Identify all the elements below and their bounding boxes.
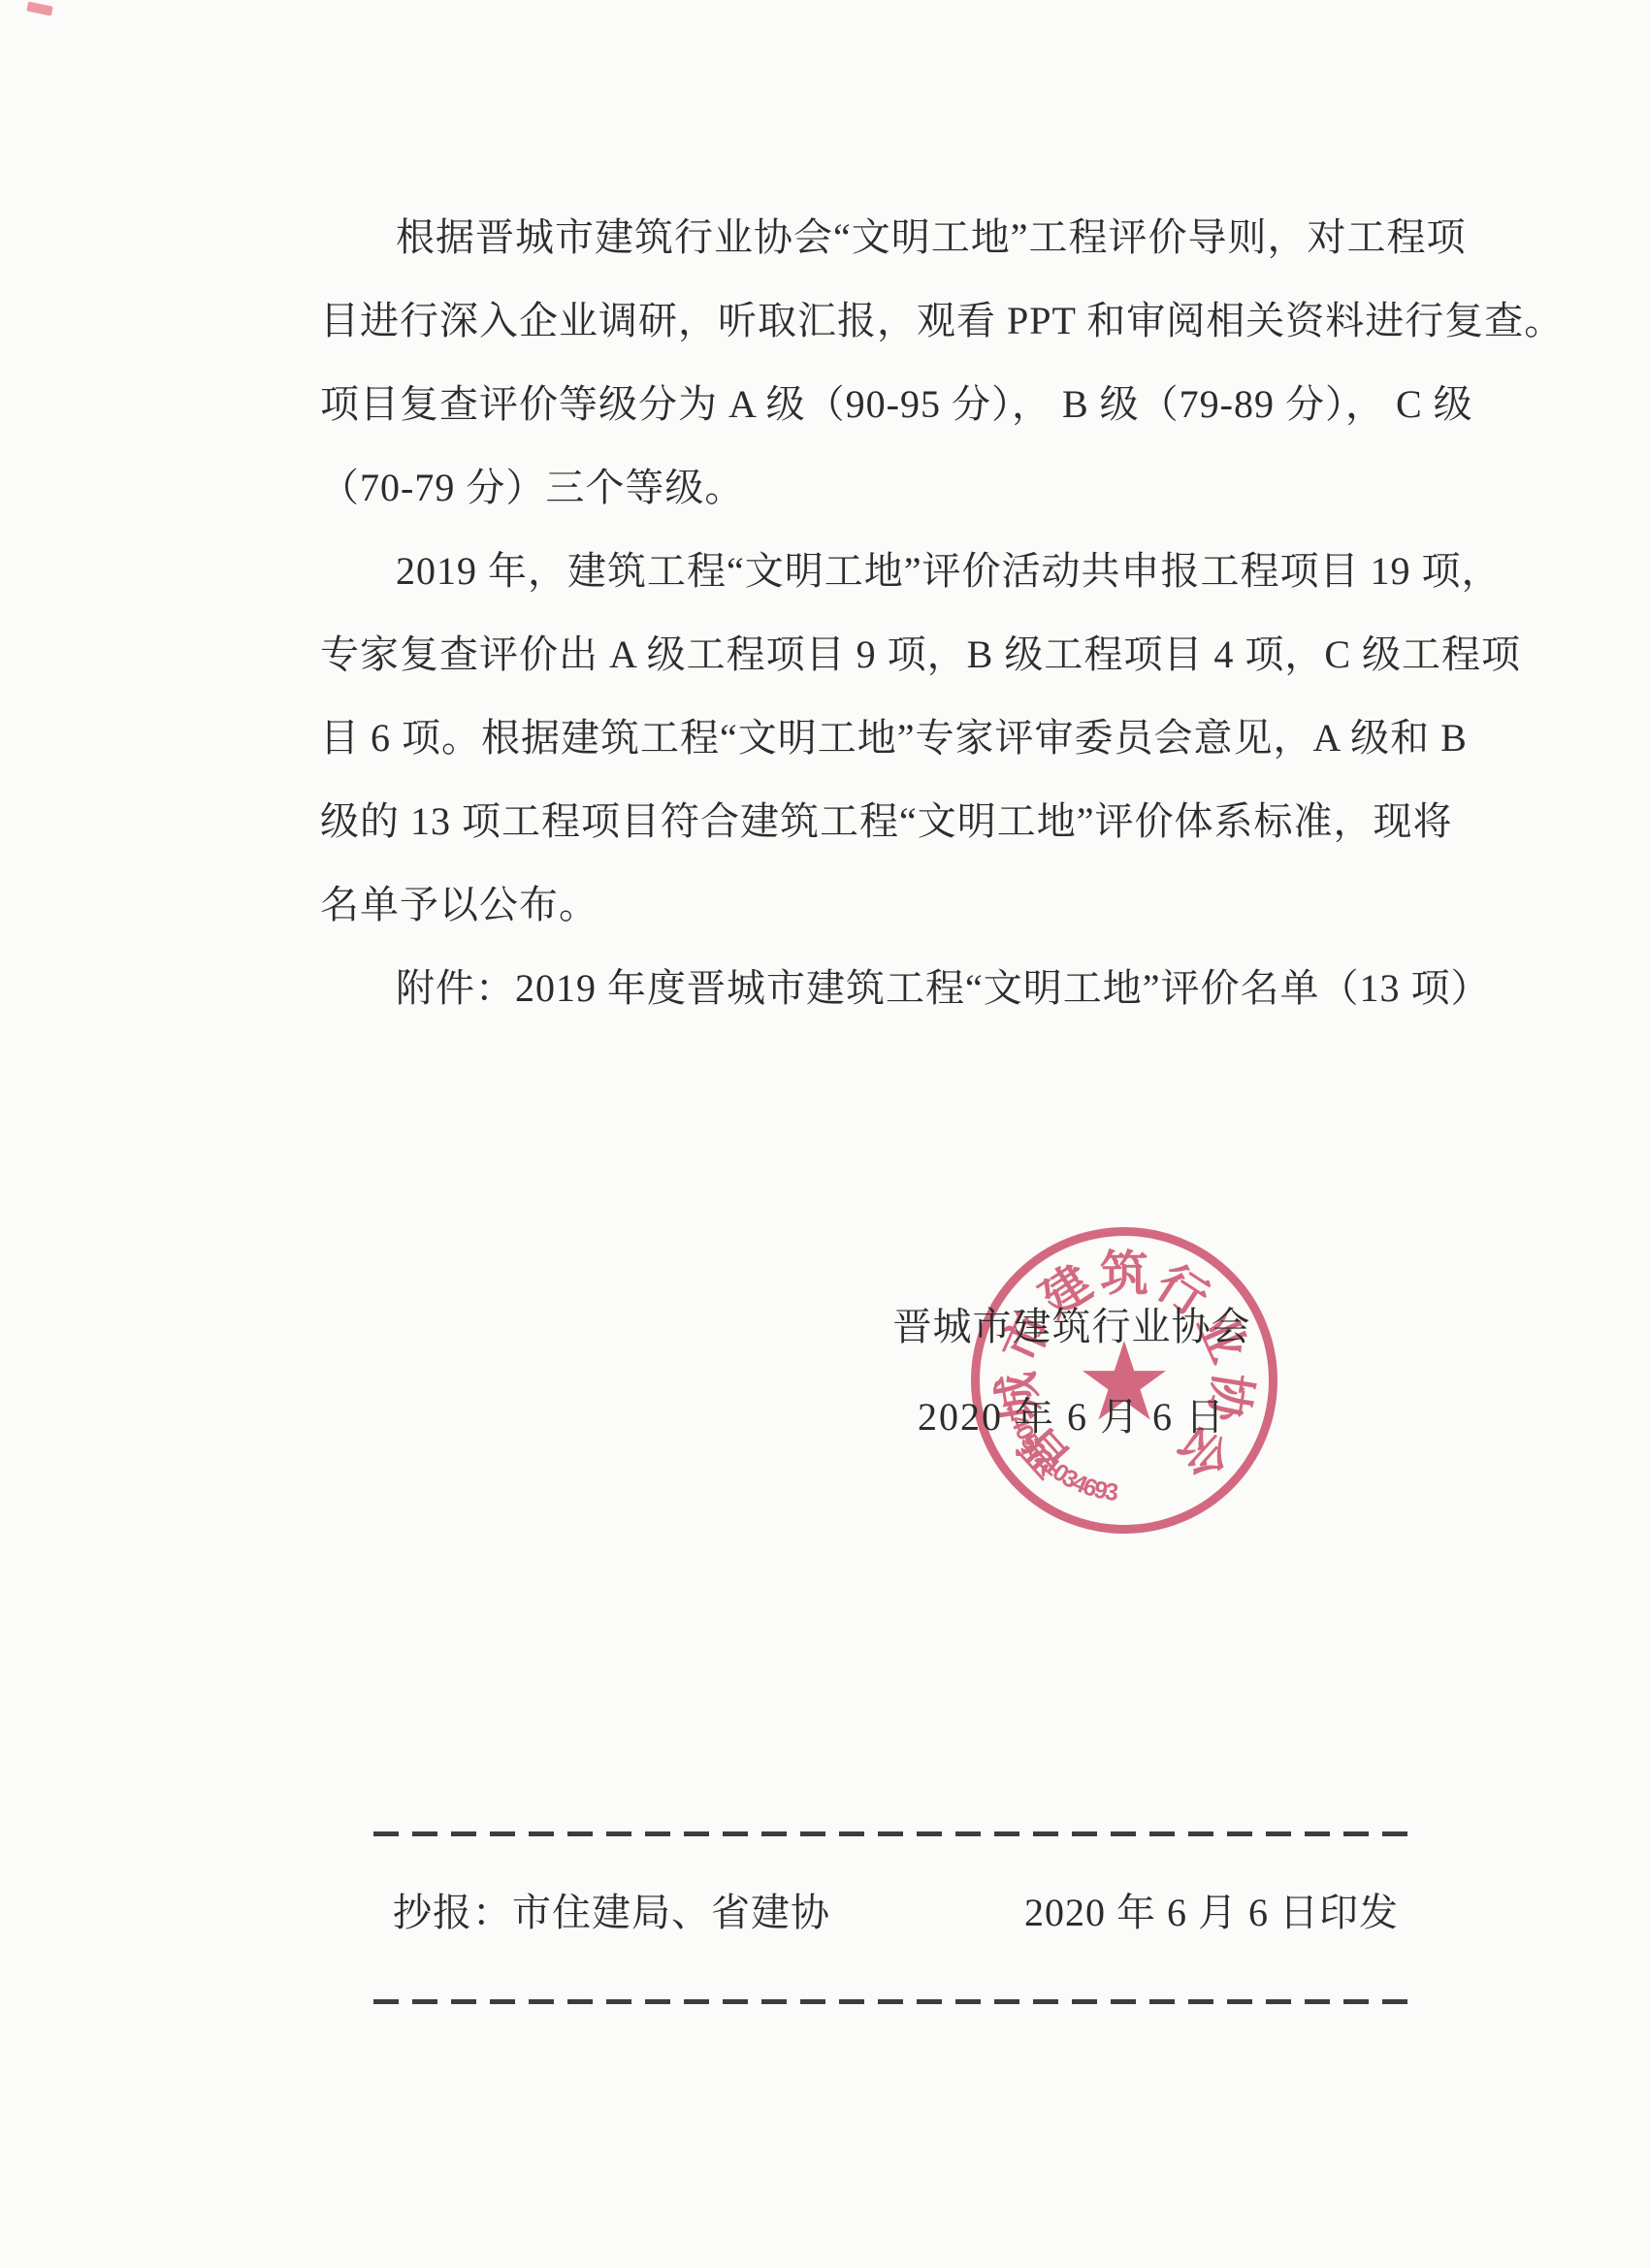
body-text-line: 名单予以公布。 (320, 863, 1405, 947)
signature-date: 2020 年 6 月 6 日 (718, 1388, 1426, 1446)
body-text-line: 目 6 项。根据建筑工程“文明工地”专家评审委员会意见，A 级和 B (320, 697, 1405, 780)
body-text-line: 专家复查评价出 A 级工程项目 9 项，B 级工程项目 4 项，C 级工程项 (320, 613, 1405, 697)
divider-dashed-bottom (373, 1999, 1419, 2004)
scan-artifact (26, 1, 53, 16)
divider-dashed-top (373, 1831, 1419, 1836)
body-text-line: 根据晋城市建筑行业协会“文明工地”工程评价导则，对工程项 (320, 196, 1405, 279)
body-text-line: 级的 13 项工程项目符合建筑工程“文明工地”评价体系标准，现将 (320, 780, 1405, 863)
seal-ring-char: 筑 (1099, 1248, 1149, 1299)
signature-org: 晋城市建筑行业协会 (718, 1298, 1426, 1356)
seal-serial-digit: 3 (1098, 1478, 1126, 1507)
body-text-line: 项目复查评价等级分为 A 级（90-95 分）， B 级（79-89 分）， C… (320, 363, 1405, 446)
copy-to-text: 抄报：市住建局、省建协 (393, 1884, 830, 1942)
body-text-line: （70-79 分）三个等级。 (320, 446, 1405, 530)
print-date-text: 2020 年 6 月 6 日印发 (1024, 1884, 1399, 1942)
footer-row: 抄报：市住建局、省建协 2020 年 6 月 6 日印发 (393, 1884, 1399, 1942)
signature-block: 晋城市建筑行业协会 2020 年 6 月 6 日 (718, 1298, 1426, 1446)
body-text-line: 附件：2019 年度晋城市建筑工程“文明工地”评价名单（13 项） (320, 947, 1405, 1030)
body-text-line: 目进行深入企业调研，听取汇报，观看 PPT 和审阅相关资料进行复查。 (320, 279, 1405, 363)
document-body: 根据晋城市建筑行业协会“文明工地”工程评价导则，对工程项目进行深入企业调研，听取… (320, 196, 1405, 1030)
body-text-line: 2019 年，建筑工程“文明工地”评价活动共申报工程项目 19 项， (320, 530, 1405, 613)
scanned-document-page: 根据晋城市建筑行业协会“文明工地”工程评价导则，对工程项目进行深入企业调研，听取… (0, 0, 1649, 2268)
